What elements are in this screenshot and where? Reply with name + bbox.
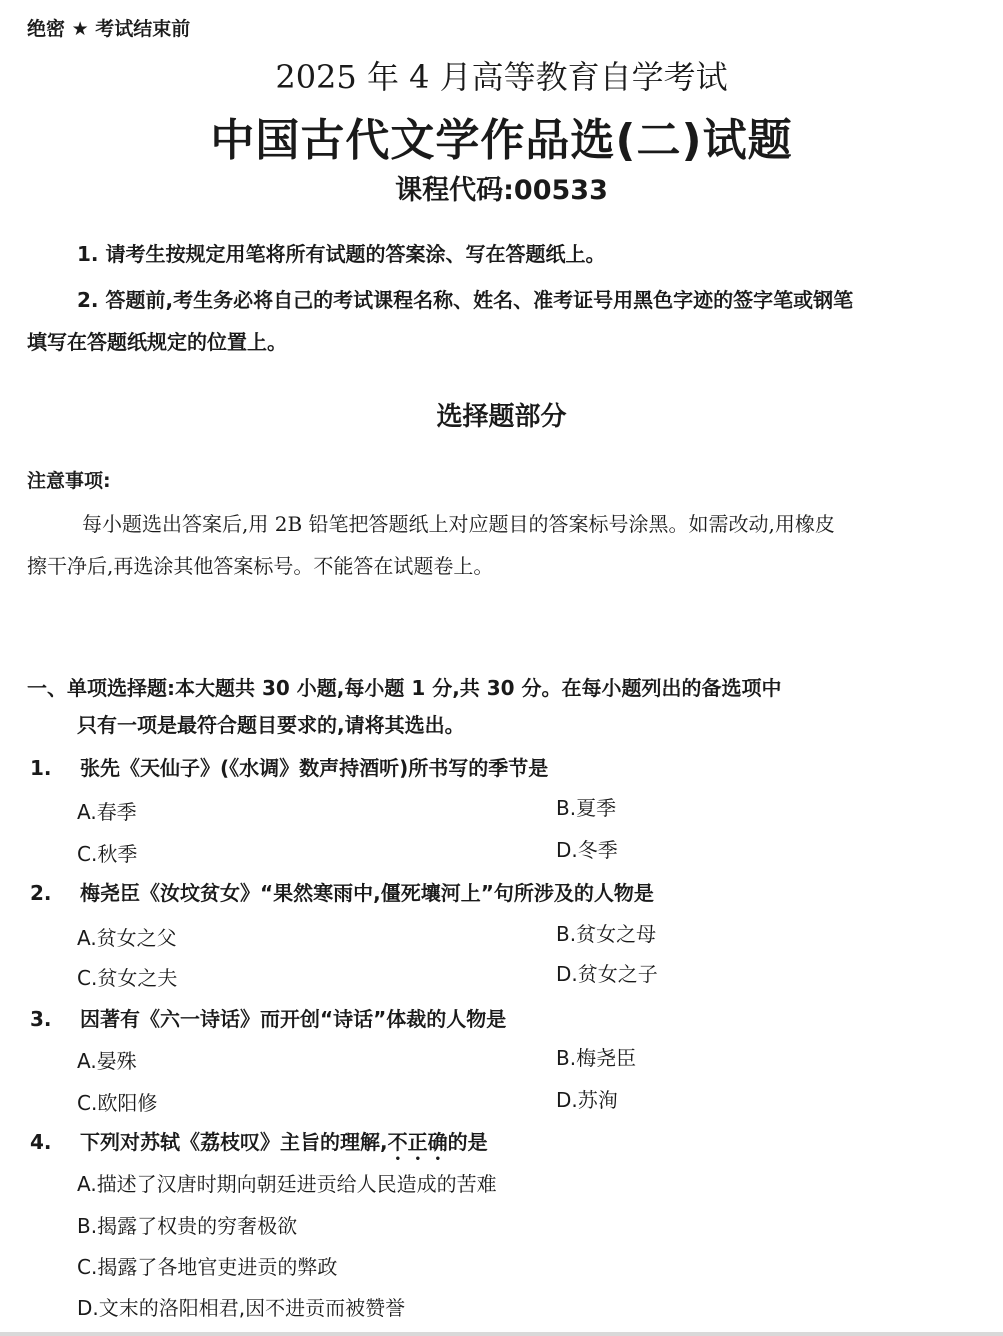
option-d: D.苏洵 xyxy=(556,1084,618,1113)
question-number: 1. xyxy=(30,756,80,780)
option-b: B.贫女之母 xyxy=(556,918,656,947)
question-stem: 梅尧臣《汝坟贫女》“果然寒雨中,僵死壤河上”句所涉及的人物是 xyxy=(80,881,654,905)
option-c: C.欧阳修 xyxy=(77,1087,157,1116)
emphasized-text: 不正确 xyxy=(388,1130,448,1154)
question-number: 3. xyxy=(30,1007,80,1031)
question-stem: 张先《天仙子》(《水调》数声持酒听)所书写的季节是 xyxy=(80,756,548,780)
exam-session-title: 2025 年 4 月高等教育自学考试 xyxy=(0,52,1003,98)
option-d: D.贫女之子 xyxy=(556,958,658,987)
instruction-2: 2. 答题前,考生务必将自己的考试课程名称、姓名、准考证号用黑色字迹的签字笔或钢… xyxy=(77,284,853,313)
section-title: 选择题部分 xyxy=(0,396,1003,433)
question-stem: 下列对苏轼《荔枝叹》主旨的理解, xyxy=(80,1130,388,1154)
option-a: A.贫女之父 xyxy=(77,922,177,951)
option-b: B.夏季 xyxy=(556,792,616,821)
notes-line-2: 擦干净后,再选涂其他答案标号。不能答在试题卷上。 xyxy=(27,550,493,579)
confidential-label: 绝密 ★ 考试结束前 xyxy=(27,14,190,41)
part-one-heading-cont: 只有一项是最符合题目要求的,请将其选出。 xyxy=(77,709,465,738)
option-b: B.梅尧臣 xyxy=(556,1042,636,1071)
question-stem-end: 的是 xyxy=(448,1130,488,1154)
notes-label: 注意事项: xyxy=(27,466,111,493)
option-a: A.描述了汉唐时期向朝廷进贡给人民造成的苦难 xyxy=(77,1168,497,1197)
question-1: 1.张先《天仙子》(《水调》数声持酒听)所书写的季节是 xyxy=(30,752,548,781)
option-a: A.晏殊 xyxy=(77,1045,137,1074)
option-d: D.冬季 xyxy=(556,834,618,863)
option-b: B.揭露了权贵的穷奢极欲 xyxy=(77,1210,297,1239)
question-4: 4.下列对苏轼《荔枝叹》主旨的理解,不正确的是 xyxy=(30,1126,488,1165)
paper-title: 中国古代文学作品选(二)试题 xyxy=(0,104,1003,168)
option-c: C.贫女之夫 xyxy=(77,962,177,991)
notes-line-1: 每小题选出答案后,用 2B 铅笔把答题纸上对应题目的答案标号涂黑。如需改动,用橡… xyxy=(82,508,835,537)
course-code: 课程代码:00533 xyxy=(0,168,1003,207)
question-3: 3.因著有《六一诗话》而开创“诗话”体裁的人物是 xyxy=(30,1003,506,1032)
option-c: C.揭露了各地官吏进贡的弊政 xyxy=(77,1251,337,1280)
question-number: 4. xyxy=(30,1130,80,1154)
instruction-2-cont: 填写在答题纸规定的位置上。 xyxy=(27,326,287,355)
option-c: C.秋季 xyxy=(77,838,137,867)
question-number: 2. xyxy=(30,881,80,905)
option-d: D.文末的洛阳相君,因不进贡而被赞誉 xyxy=(77,1292,405,1321)
question-2: 2.梅尧臣《汝坟贫女》“果然寒雨中,僵死壤河上”句所涉及的人物是 xyxy=(30,877,654,906)
option-a: A.春季 xyxy=(77,796,137,825)
part-one-heading: 一、单项选择题:本大题共 30 小题,每小题 1 分,共 30 分。在每小题列出… xyxy=(27,672,782,701)
question-stem: 因著有《六一诗话》而开创“诗话”体裁的人物是 xyxy=(80,1007,506,1031)
instruction-1: 1. 请考生按规定用笔将所有试题的答案涂、写在答题纸上。 xyxy=(77,238,605,267)
page-bottom-edge xyxy=(0,1332,1003,1336)
